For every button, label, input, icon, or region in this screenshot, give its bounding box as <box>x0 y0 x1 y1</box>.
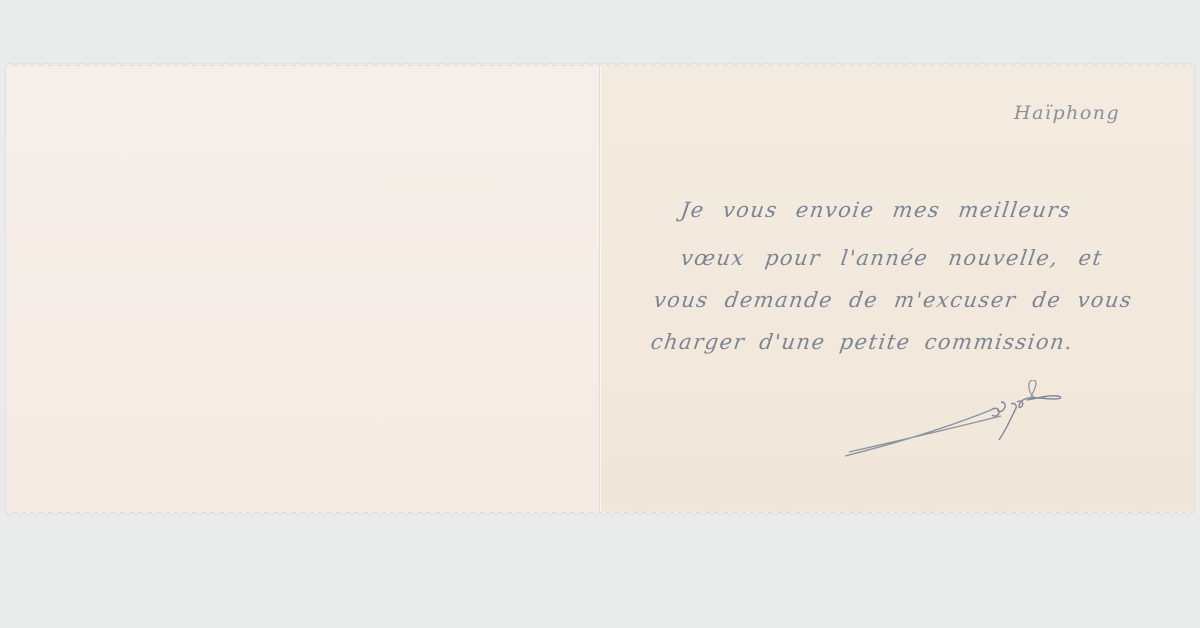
place-heading: Haïphong <box>1014 102 1120 124</box>
folded-greeting-card: Haïphong Je vous envoie mes meilleurs vœ… <box>6 66 1194 512</box>
card-left-panel-blank <box>6 66 600 512</box>
message-line-3: vous demande de m'excuser de vous <box>652 288 1134 312</box>
message-line-1: Je vous envoie mes meilleurs <box>679 198 1073 222</box>
signature-icon <box>841 380 1081 470</box>
card-right-panel: Haïphong Je vous envoie mes meilleurs vœ… <box>600 66 1194 512</box>
deckled-edge-bottom <box>6 511 1194 514</box>
message-line-4: charger d'une petite commission. <box>649 330 1075 354</box>
message-line-2: vœux pour l'année nouvelle, et <box>679 246 1104 270</box>
